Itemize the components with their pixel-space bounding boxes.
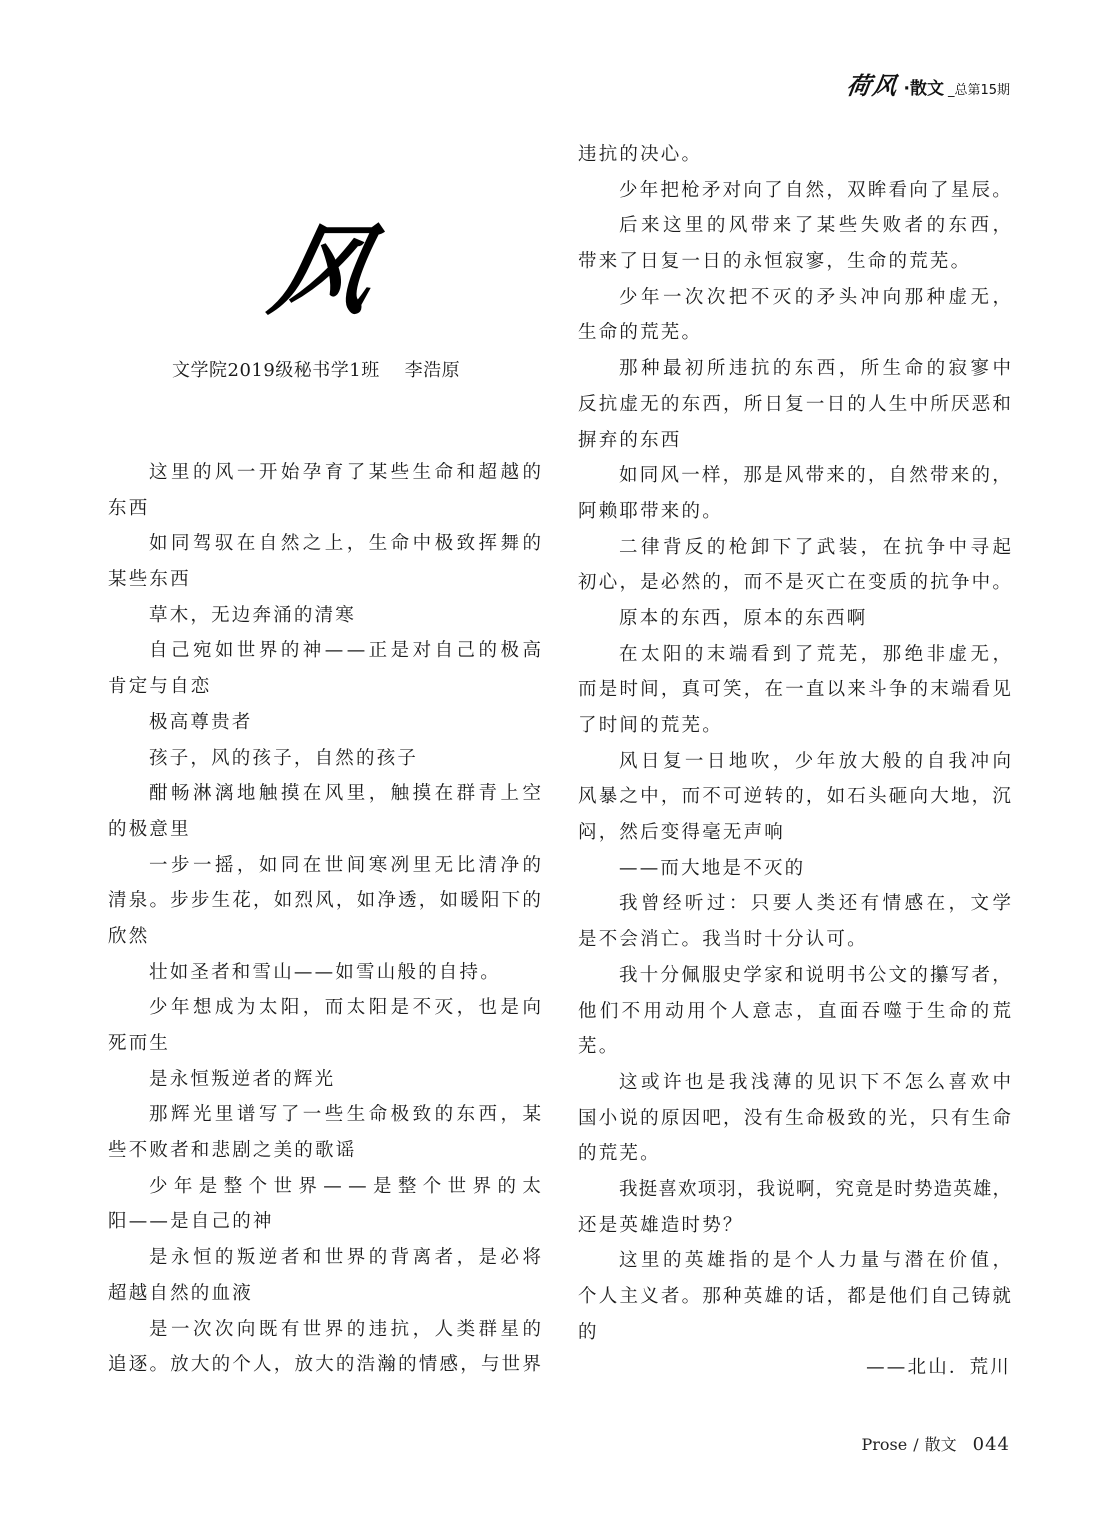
text-line: 自己宛如世界的神——正是对自己的极高 bbox=[108, 633, 541, 669]
text-line: 而是时间，真可笑，在一直以来斗争的末端看见 bbox=[578, 672, 1011, 708]
text-line: 反抗虚无的东西，所日复一日的人生中所厌恶和 bbox=[578, 387, 1011, 423]
text-line: 国小说的原因吧，没有生命极致的光，只有生命 bbox=[578, 1101, 1011, 1137]
text-line: 追逐。放大的个人，放大的浩瀚的情感，与世界 bbox=[108, 1347, 541, 1383]
text-line: 生命的荒芜。 bbox=[578, 315, 1011, 351]
text-line: 草木，无边奔涌的清寒 bbox=[108, 598, 541, 634]
text-line: 的 bbox=[578, 1315, 1011, 1351]
text-line: 酣畅淋漓地触摸在风里，触摸在群青上空 bbox=[108, 776, 541, 812]
text-line: 摒弃的东西 bbox=[578, 423, 1011, 459]
text-line: 阿赖耶带来的。 bbox=[578, 494, 1011, 530]
text-line: 我挺喜欢项羽，我说啊，究竟是时势造英雄， bbox=[578, 1172, 1011, 1208]
text-line: 原本的东西，原本的东西啊 bbox=[578, 601, 1011, 637]
text-line: 少年是整个世界——是整个世界的太 bbox=[108, 1169, 541, 1205]
text-line: ——而大地是不灭的 bbox=[578, 851, 1011, 887]
text-line: 了时间的荒芜。 bbox=[578, 708, 1011, 744]
text-line: 东西 bbox=[108, 491, 541, 527]
text-line: 死而生 bbox=[108, 1026, 541, 1062]
text-line: 违抗的决心。 bbox=[578, 137, 1011, 173]
issue-number: _总第15期 bbox=[948, 79, 1010, 98]
text-line: 是一次次向既有世界的违抗，人类群星的 bbox=[108, 1312, 541, 1348]
footer-label-cn: 散文 bbox=[925, 1432, 957, 1455]
text-line: 在太阳的末端看到了荒芜，那绝非虚无， bbox=[578, 637, 1011, 673]
text-line: 是不会消亡。我当时十分认可。 bbox=[578, 922, 1011, 958]
text-line: 那辉光里谱写了一些生命极致的东西，某 bbox=[108, 1097, 541, 1133]
section-label: ·散文 bbox=[903, 74, 943, 99]
text-line: 他们不用动用个人意志，直面吞噬于生命的荒 bbox=[578, 994, 1011, 1030]
text-line: 少年想成为太阳，而太阳是不灭，也是向 bbox=[108, 990, 541, 1026]
text-line: 肯定与自恋 bbox=[108, 669, 541, 705]
text-line: ——北山．荒川 bbox=[578, 1350, 1011, 1386]
text-line: 少年一次次把不灭的矛头冲向那种虚无， bbox=[578, 280, 1011, 316]
text-line: 风日复一日地吹，少年放大般的自我冲向 bbox=[578, 744, 1011, 780]
text-line: 如同驾驭在自然之上，生命中极致挥舞的 bbox=[108, 526, 541, 562]
text-line: 这里的英雄指的是个人力量与潜在价值， bbox=[578, 1243, 1011, 1279]
text-line: 还是英雄造时势？ bbox=[578, 1208, 1011, 1244]
article-title: 风 bbox=[247, 222, 398, 322]
text-line: 芜。 bbox=[578, 1029, 1011, 1065]
text-line: 初心，是必然的，而不是灭亡在变质的抗争中。 bbox=[578, 565, 1011, 601]
journal-brand: 荷风 bbox=[845, 66, 902, 101]
text-line: 后来这里的风带来了某些失败者的东西， bbox=[578, 208, 1011, 244]
text-line: 欣然 bbox=[108, 919, 541, 955]
text-line: 的荒芜。 bbox=[578, 1136, 1011, 1172]
footer-separator: / bbox=[913, 1435, 918, 1454]
page-footer: Prose / 散文 044 bbox=[862, 1432, 1011, 1455]
text-line: 一步一摇，如同在世间寒冽里无比清净的 bbox=[108, 848, 541, 884]
text-line: 如同风一样，那是风带来的，自然带来的， bbox=[578, 458, 1011, 494]
right-text-column: 违抗的决心。少年把枪矛对向了自然，双眸看向了星辰。后来这里的风带来了某些失败者的… bbox=[578, 137, 1011, 1386]
text-line: 是永恒叛逆者的辉光 bbox=[108, 1062, 541, 1098]
text-line: 是永恒的叛逆者和世界的背离者，是必将 bbox=[108, 1240, 541, 1276]
text-line: 极高尊贵者 bbox=[108, 705, 541, 741]
text-line: 二律背反的枪卸下了武装，在抗争中寻起 bbox=[578, 530, 1011, 566]
text-line: 壮如圣者和雪山——如雪山般的自持。 bbox=[108, 955, 541, 991]
text-line: 清泉。步步生花，如烈风，如净透，如暖阳下的 bbox=[108, 883, 541, 919]
text-line: 些不败者和悲剧之美的歌谣 bbox=[108, 1133, 541, 1169]
author-byline: 文学院2019级秘书学1班 李浩原 bbox=[172, 356, 460, 382]
text-line: 那种最初所违抗的东西，所生命的寂寥中 bbox=[578, 351, 1011, 387]
text-line: 我曾经听过：只要人类还有情感在，文学 bbox=[578, 886, 1011, 922]
text-line: 少年把枪矛对向了自然，双眸看向了星辰。 bbox=[578, 173, 1011, 209]
text-line: 我十分佩服史学家和说明书公文的攥写者， bbox=[578, 958, 1011, 994]
text-line: 这里的风一开始孕育了某些生命和超越的 bbox=[108, 455, 541, 491]
page-number: 044 bbox=[973, 1434, 1010, 1455]
journal-header: 荷风 ·散文 _总第15期 bbox=[847, 66, 1010, 101]
text-line: 孩子，风的孩子，自然的孩子 bbox=[108, 741, 541, 777]
text-line: 的极意里 bbox=[108, 812, 541, 848]
left-text-column: 这里的风一开始孕育了某些生命和超越的东西如同驾驭在自然之上，生命中极致挥舞的某些… bbox=[108, 455, 541, 1383]
text-line: 阳——是自己的神 bbox=[108, 1204, 541, 1240]
footer-label-en: Prose bbox=[862, 1435, 908, 1454]
text-line: 带来了日复一日的永恒寂寥，生命的荒芜。 bbox=[578, 244, 1011, 280]
text-line: 闷，然后变得毫无声响 bbox=[578, 815, 1011, 851]
text-line: 超越自然的血液 bbox=[108, 1276, 541, 1312]
text-line: 风暴之中，而不可逆转的，如石头砸向大地，沉 bbox=[578, 779, 1011, 815]
text-line: 个人主义者。那种英雄的话，都是他们自己铸就 bbox=[578, 1279, 1011, 1315]
text-line: 某些东西 bbox=[108, 562, 541, 598]
text-line: 这或许也是我浅薄的见识下不怎么喜欢中 bbox=[578, 1065, 1011, 1101]
